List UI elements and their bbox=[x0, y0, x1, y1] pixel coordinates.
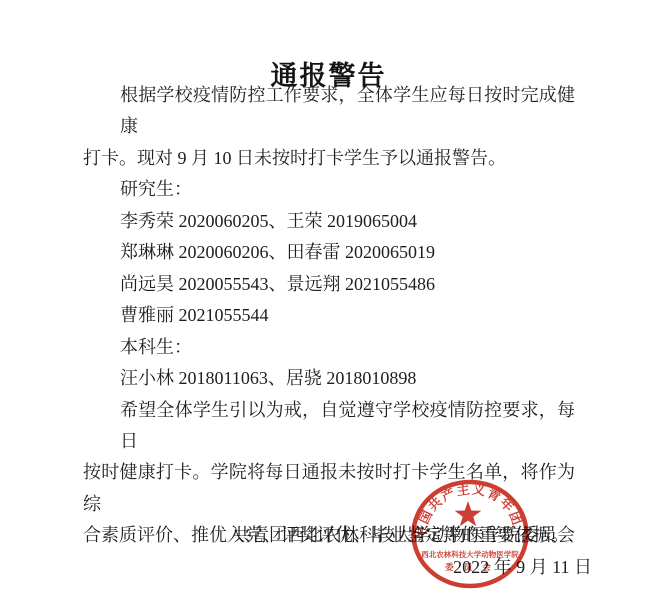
seal-committee-text: 委 员 会 bbox=[445, 562, 495, 572]
student-list-item: 尚远昊 2020055543、景远翔 2021055486 bbox=[83, 269, 575, 300]
student-list-item: 曹雅丽 2021055544 bbox=[83, 300, 575, 331]
body-line: 希望全体学生引以为戒，自觉遵守学校疫情防控要求，每日 bbox=[83, 395, 575, 458]
student-list-item: 汪小林 2018011063、居骁 2018010898 bbox=[83, 363, 575, 394]
section-label-undergraduates: 本科生： bbox=[83, 332, 575, 363]
seal-institution-text: 西北农林科技大学动物医学院 bbox=[421, 549, 519, 559]
section-label-graduates: 研究生： bbox=[83, 174, 575, 205]
official-seal: 中国共产主义青年团 西北农林科技大学动物医学院 委 员 会 bbox=[408, 478, 532, 592]
body-line: 打卡。现对 9 月 10 日未按时打卡学生予以通报警告。 bbox=[83, 143, 575, 174]
student-list-item: 郑琳琳 2020060206、田春雷 2020065019 bbox=[83, 237, 575, 268]
red-star-icon bbox=[455, 501, 482, 526]
body-line: 根据学校疫情防控工作要求，全体学生应每日按时完成健康 bbox=[83, 80, 575, 143]
student-list-item: 李秀荣 2020060205、王荣 2019065004 bbox=[83, 206, 575, 237]
notice-document: 通报警告 根据学校疫情防控工作要求，全体学生应每日按时完成健康 打卡。现对 9 … bbox=[0, 0, 657, 597]
